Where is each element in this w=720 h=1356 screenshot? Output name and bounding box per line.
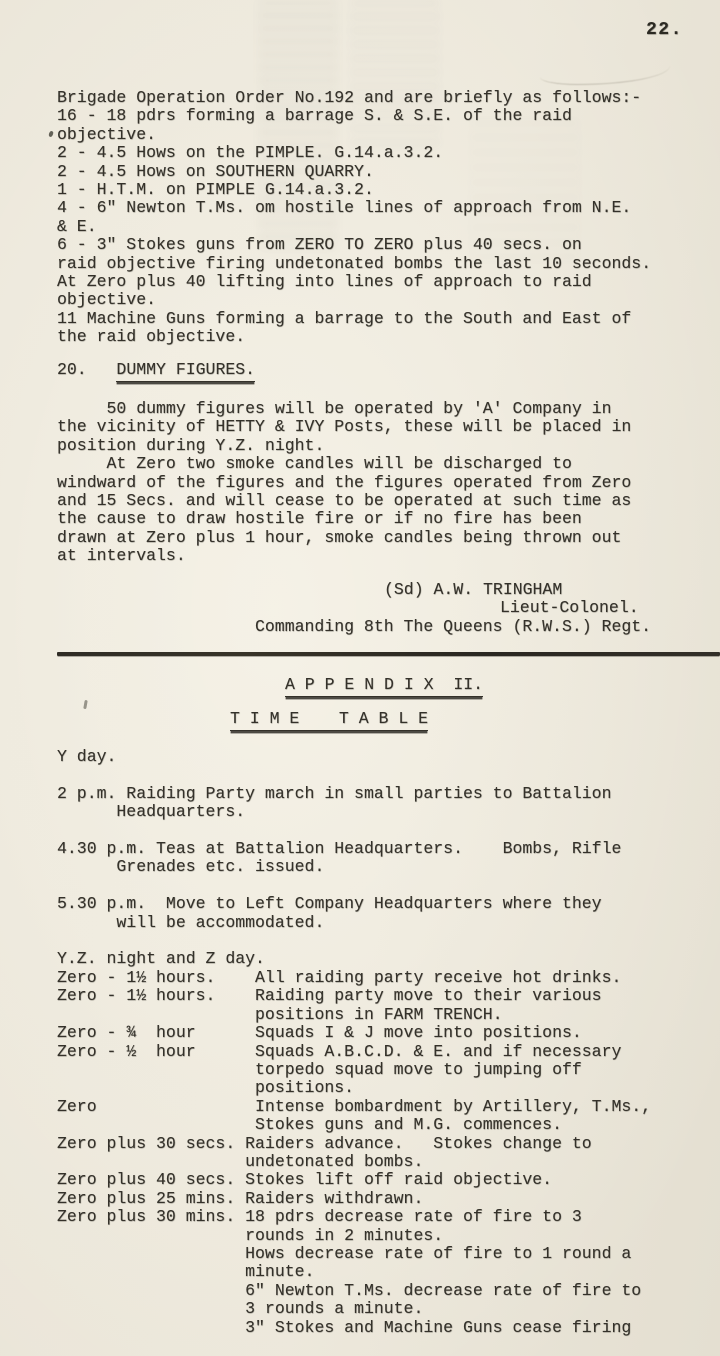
section-number: 20. [57,360,116,379]
operation-order-summary: Brigade Operation Order No.192 and are b… [57,89,651,347]
timetable-title: T I M E T A B L E [230,709,428,731]
ink-speck [48,131,53,138]
page-number: 22. [646,20,683,42]
section-divider-rule [57,652,720,656]
signature-rank: Lieut-Colonel. [500,599,639,617]
timetable-body: Y day. 2 p.m. Raiding Party march in sma… [57,748,651,1337]
appendix-title: A P P E N D I X II. [285,675,483,697]
section-title: DUMMY FIGURES. [116,360,255,382]
signature-name: (Sd) A.W. TRINGHAM [384,581,562,599]
dummy-figures-paragraph: 50 dummy figures will be operated by 'A'… [57,400,631,566]
appendix-heading: A P P E N D I X II. [285,676,483,694]
scanned-document-page: { "page": { "number": "22." }, "order_se… [0,0,720,1356]
paper-crease [540,58,670,85]
timetable-heading: T I M E T A B L E [230,710,428,728]
ink-speck [83,700,88,709]
dummy-figures-heading: 20. DUMMY FIGURES. [57,361,255,379]
signature-command: Commanding 8th The Queens (R.W.S.) Regt. [255,618,651,636]
